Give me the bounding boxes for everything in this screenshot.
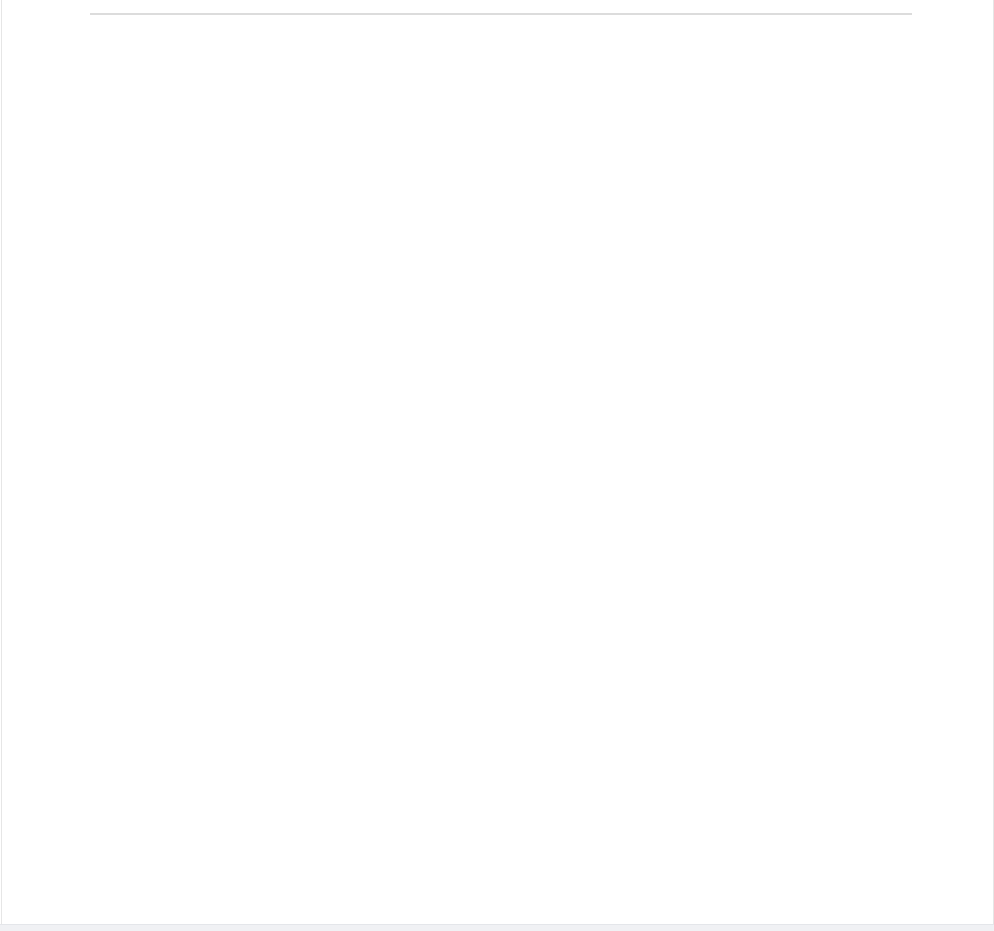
document-page bbox=[1, 0, 994, 924]
table-top-rule bbox=[90, 13, 912, 15]
bottom-scroll-strip bbox=[0, 924, 994, 931]
